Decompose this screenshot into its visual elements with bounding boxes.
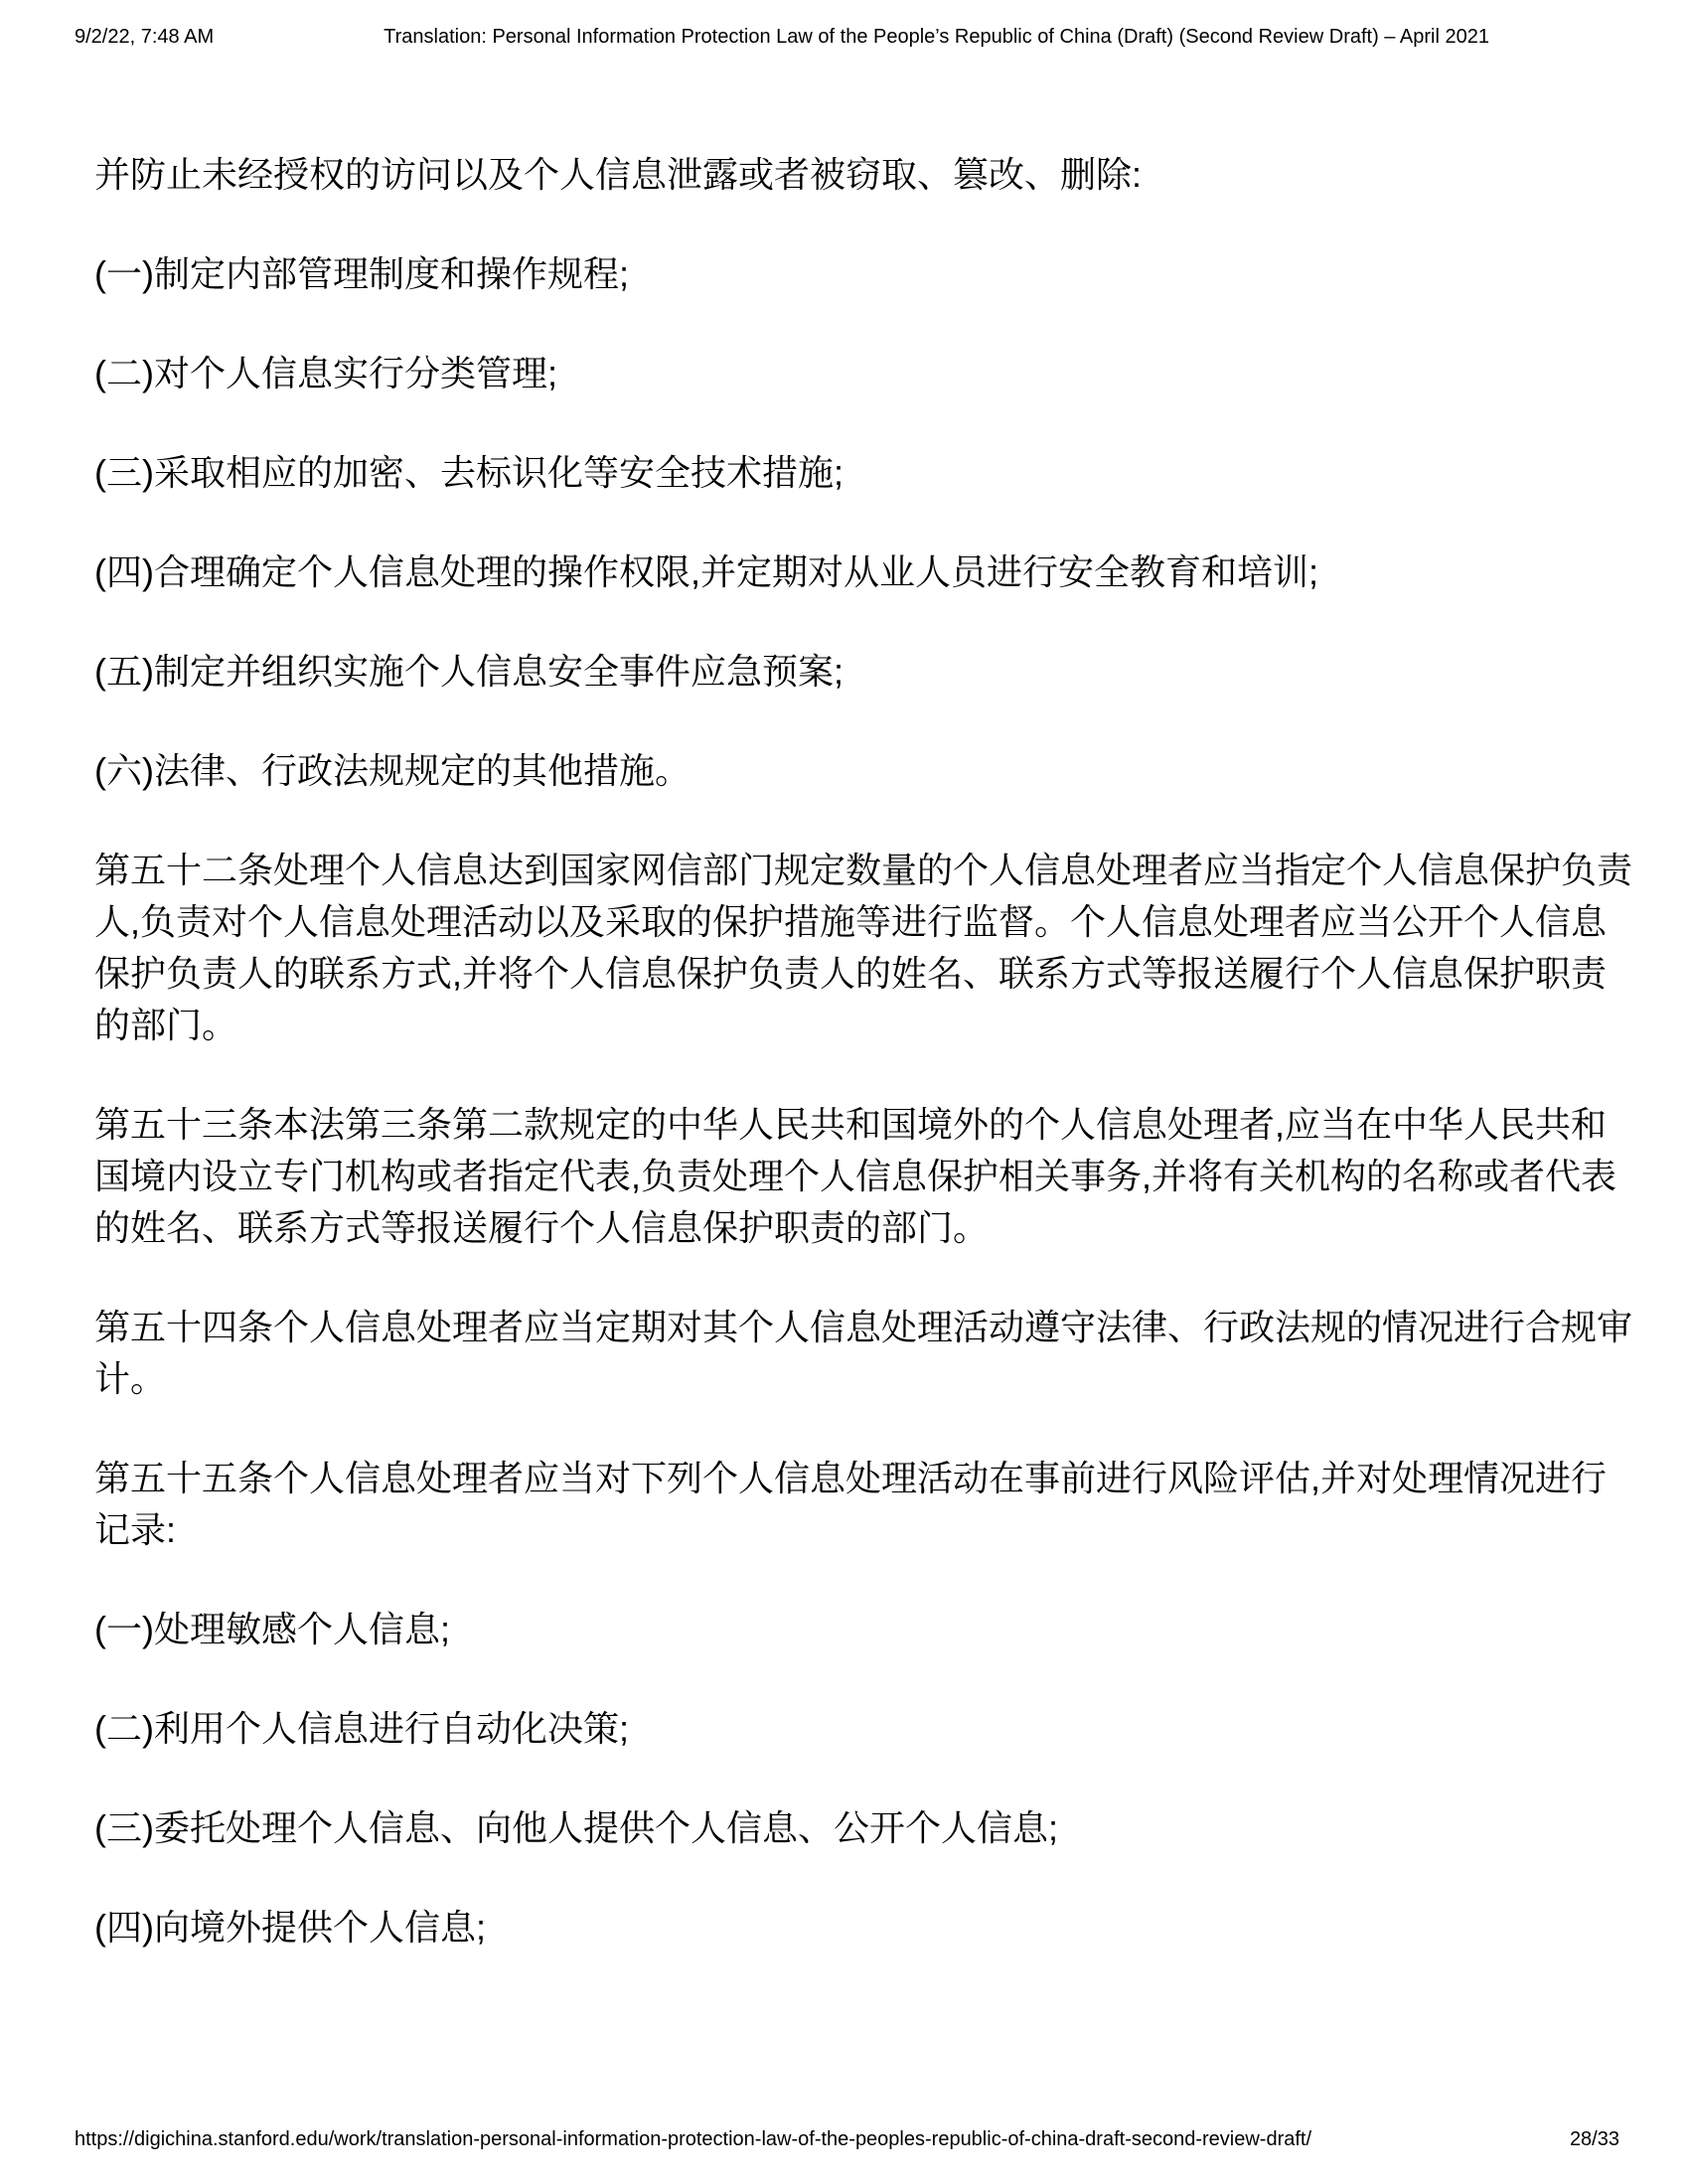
document-paragraph: (六)法律、行政法规规定的其他措施。	[94, 745, 1632, 797]
document-paragraph: (一)处理敏感个人信息;	[94, 1604, 1632, 1655]
document-paragraph: (三)委托处理个人信息、向他人提供个人信息、公开个人信息;	[94, 1802, 1632, 1854]
document-paragraph: (五)制定并组织实施个人信息安全事件应急预案;	[94, 646, 1632, 698]
document-paragraph: 第五十五条个人信息处理者应当对下列个人信息处理活动在事前进行风险评估,并对处理情…	[94, 1453, 1632, 1556]
print-header: 9/2/22, 7:48 AM Translation: Personal In…	[0, 24, 1689, 50]
print-datetime: 9/2/22, 7:48 AM	[70, 24, 214, 50]
document-paragraph: (二)利用个人信息进行自动化决策;	[94, 1703, 1632, 1755]
document-body: 并防止未经授权的访问以及个人信息泄露或者被窃取、篡改、删除:(一)制定内部管理制…	[94, 149, 1632, 2001]
source-url: https://digichina.stanford.edu/work/tran…	[70, 2126, 1311, 2152]
document-paragraph: 第五十四条个人信息处理者应当定期对其个人信息处理活动遵守法律、行政法规的情况进行…	[94, 1302, 1632, 1405]
document-paragraph: 第五十三条本法第三条第二款规定的中华人民共和国境外的个人信息处理者,应当在中华人…	[94, 1099, 1632, 1254]
page-number: 28/33	[1530, 2126, 1619, 2152]
page-title: Translation: Personal Information Protec…	[214, 24, 1619, 50]
document-paragraph: (四)向境外提供个人信息;	[94, 1902, 1632, 1953]
document-paragraph: 并防止未经授权的访问以及个人信息泄露或者被窃取、篡改、删除:	[94, 149, 1632, 201]
document-paragraph: (四)合理确定个人信息处理的操作权限,并定期对从业人员进行安全教育和培训;	[94, 546, 1632, 598]
document-paragraph: (三)采取相应的加密、去标识化等安全技术措施;	[94, 447, 1632, 499]
printed-page: 9/2/22, 7:48 AM Translation: Personal In…	[0, 0, 1689, 2184]
print-footer: https://digichina.stanford.edu/work/tran…	[0, 2126, 1689, 2152]
document-paragraph: (一)制定内部管理制度和操作规程;	[94, 248, 1632, 300]
document-paragraph: 第五十二条处理个人信息达到国家网信部门规定数量的个人信息处理者应当指定个人信息保…	[94, 845, 1632, 1051]
document-paragraph: (二)对个人信息实行分类管理;	[94, 348, 1632, 399]
